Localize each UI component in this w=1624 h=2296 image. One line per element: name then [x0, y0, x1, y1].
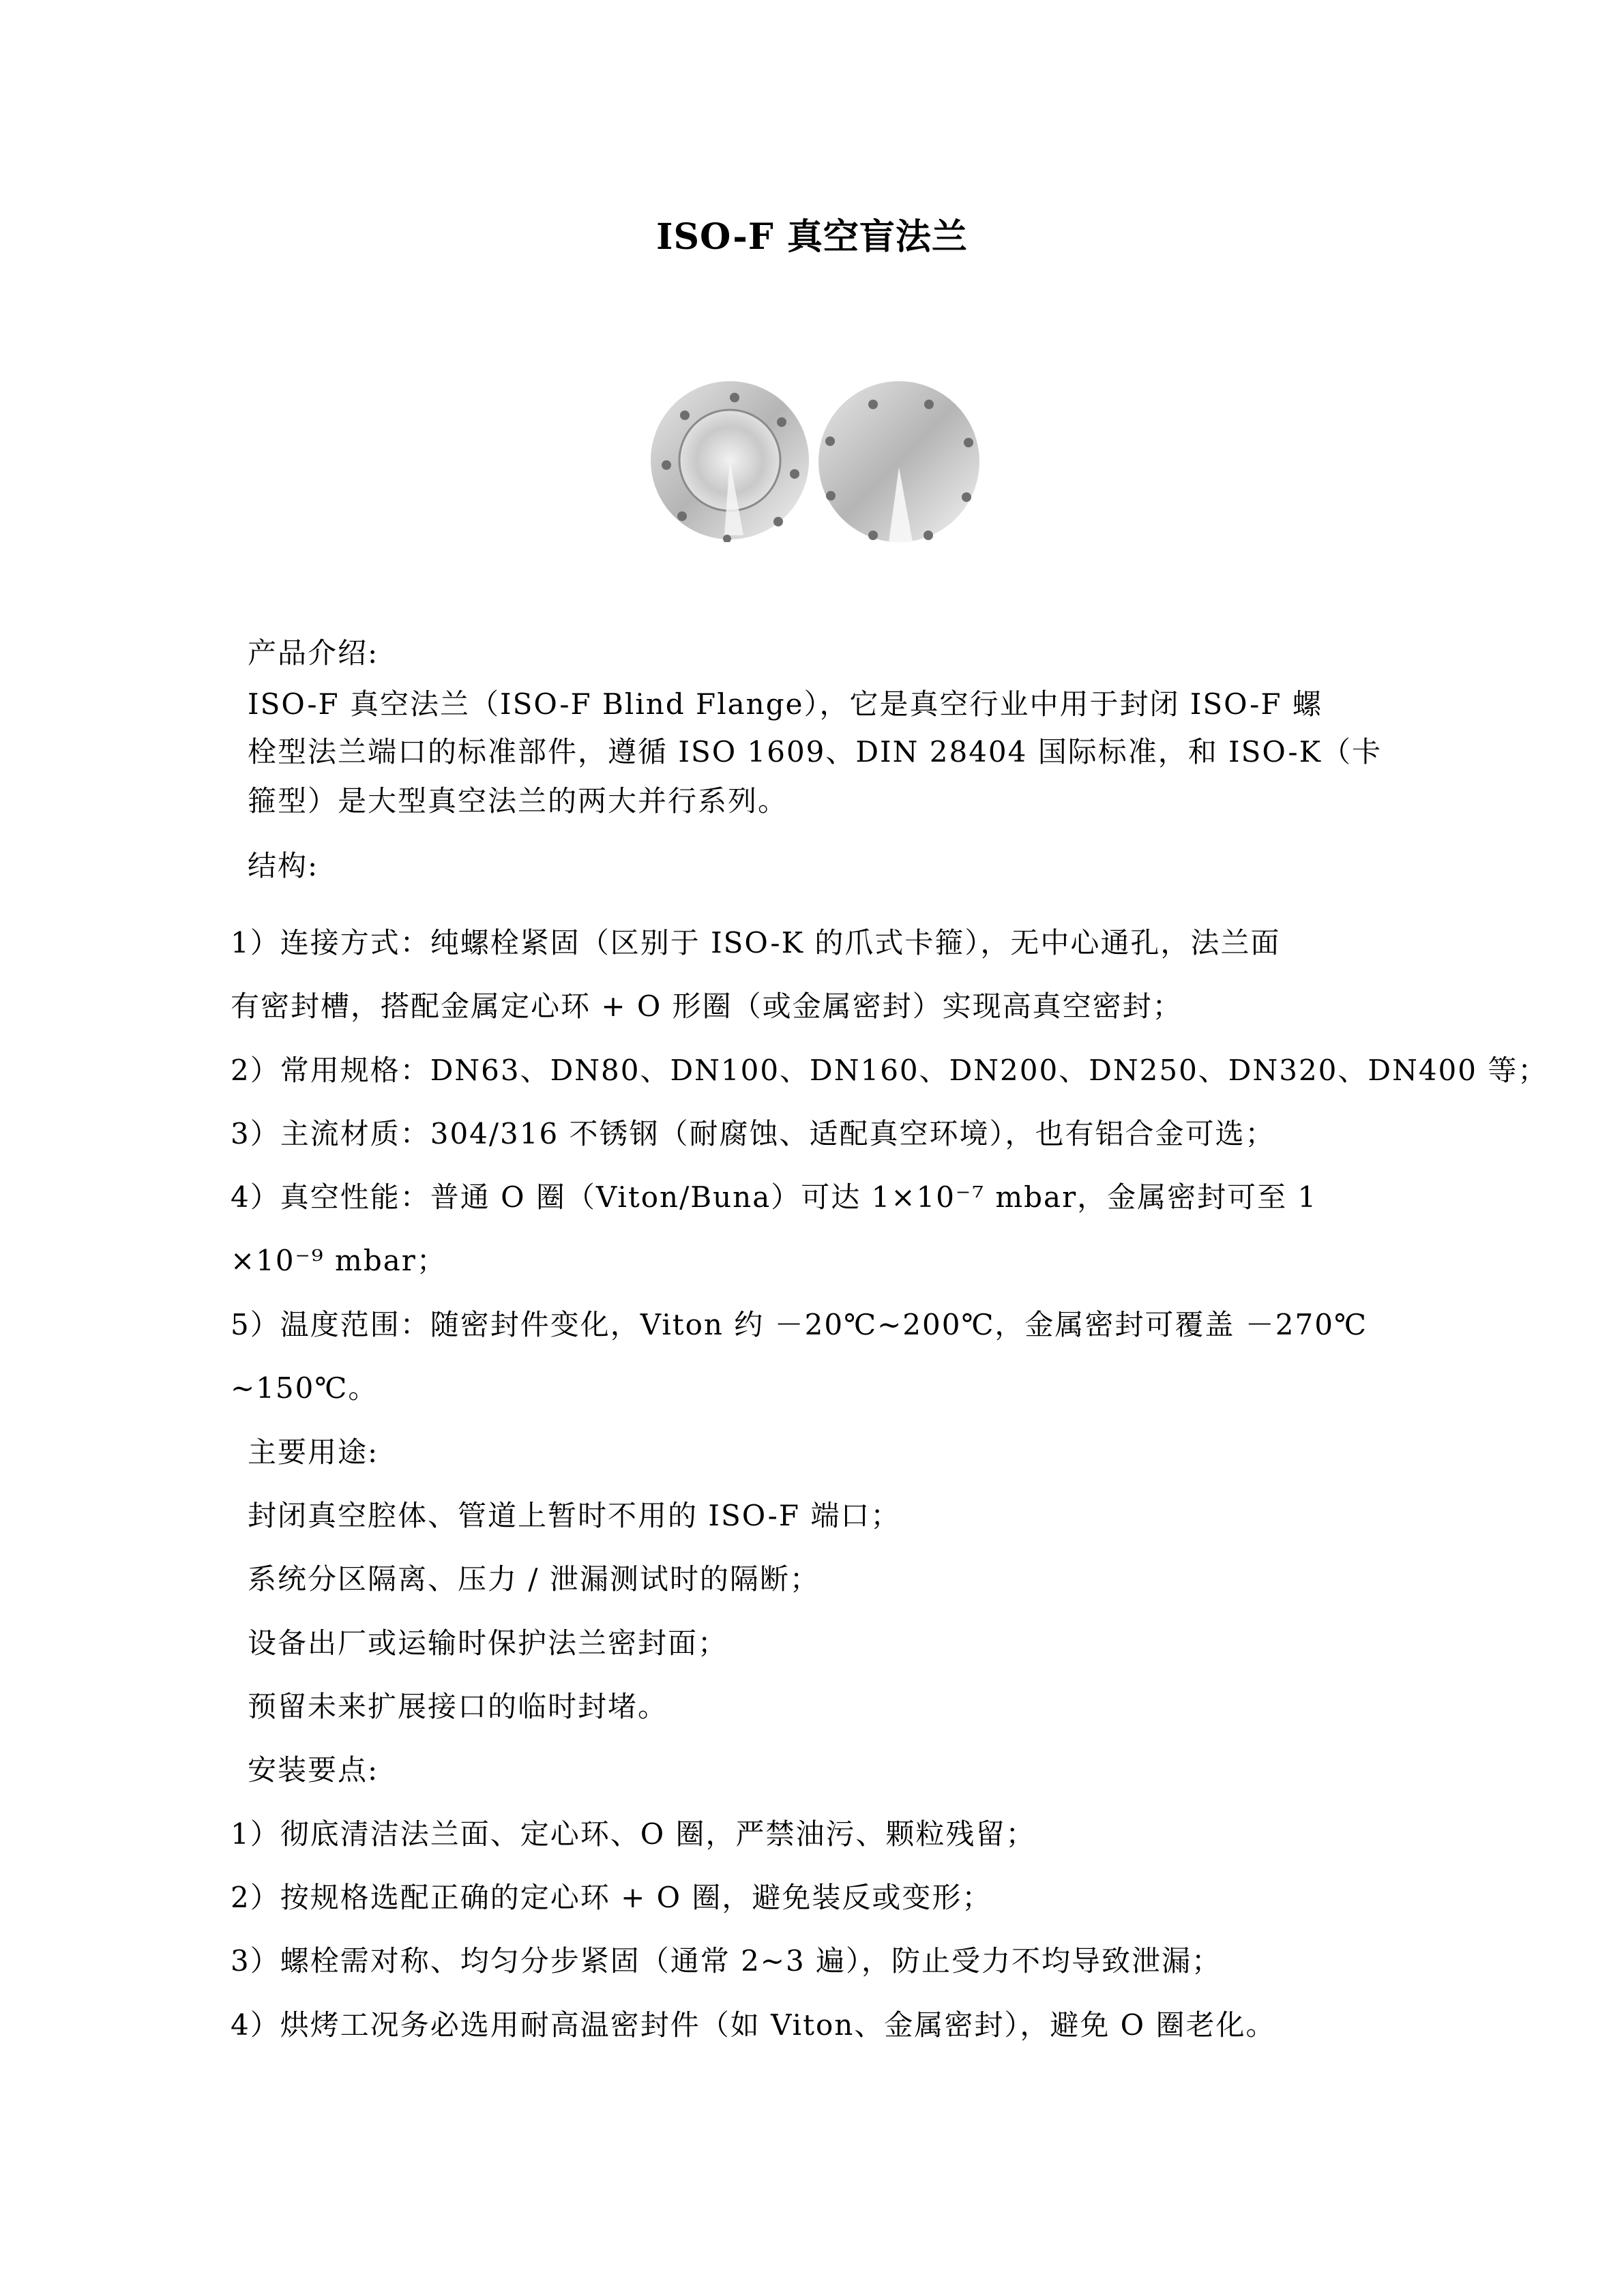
section-heading-uses: 主要用途: — [248, 1430, 379, 1471]
install-line: 4）烘烤工况务必选用耐高温密封件（如 Viton、金属密封），避免 O 圈老化。 — [231, 2003, 1275, 2044]
structure-line: 4）真空性能：普通 O 圈（Viton/Buna）可达 1×10⁻⁷ mbar，… — [231, 1175, 1317, 1216]
uses-line: 预留未来扩展接口的临时封堵。 — [248, 1684, 668, 1725]
intro-line: ISO-F 真空法兰（ISO-F Blind Flange），它是真空行业中用于… — [248, 682, 1323, 723]
product-image — [648, 372, 982, 542]
uses-line: 设备出厂或运输时保护法兰密封面； — [248, 1621, 728, 1662]
install-line: 2）按规格选配正确的定心环 + O 圈，避免装反或变形； — [231, 1875, 992, 1916]
uses-line: 系统分区隔离、压力 / 泄漏测试时的隔断； — [248, 1557, 820, 1598]
install-line: 3）螺栓需对称、均匀分步紧固（通常 2~3 遍），防止受力不均导致泄漏； — [231, 1939, 1222, 1980]
section-heading-intro: 产品介绍: — [248, 631, 379, 672]
page-title: ISO-F 真空盲法兰 — [0, 208, 1624, 259]
structure-line: 5）温度范围：随密封件变化，Viton 约 －20℃~200℃，金属密封可覆盖 … — [231, 1302, 1368, 1343]
structure-line: 1）连接方式：纯螺栓紧固（区别于 ISO-K 的爪式卡箍），无中心通孔，法兰面 — [231, 921, 1280, 961]
intro-line: 栓型法兰端口的标准部件，遵循 ISO 1609、DIN 28404 国际标准，和… — [248, 730, 1382, 771]
section-heading-structure: 结构: — [248, 844, 319, 884]
section-heading-install: 安装要点: — [248, 1748, 379, 1789]
blind-flange-icon — [818, 381, 979, 542]
intro-line: 箍型）是大型真空法兰的两大并行系列。 — [248, 779, 788, 820]
install-line: 1）彻底清洁法兰面、定心环、O 圈，严禁油污、颗粒残留； — [231, 1812, 1036, 1853]
structure-line: ×10⁻⁹ mbar； — [231, 1238, 447, 1279]
structure-line: ~150℃。 — [231, 1366, 378, 1407]
flange-with-groove-icon — [651, 381, 809, 542]
structure-line: 有密封槽，搭配金属定心环 + O 形圈（或金属密封）实现高真空密封； — [231, 984, 1183, 1025]
uses-line: 封闭真空腔体、管道上暂时不用的 ISO-F 端口； — [248, 1493, 900, 1534]
structure-line: 2）常用规格：DN63、DN80、DN100、DN160、DN200、DN250… — [231, 1048, 1548, 1089]
structure-line: 3）主流材质：304/316 不锈钢（耐腐蚀、适配真空环境），也有铝合金可选； — [231, 1112, 1275, 1152]
